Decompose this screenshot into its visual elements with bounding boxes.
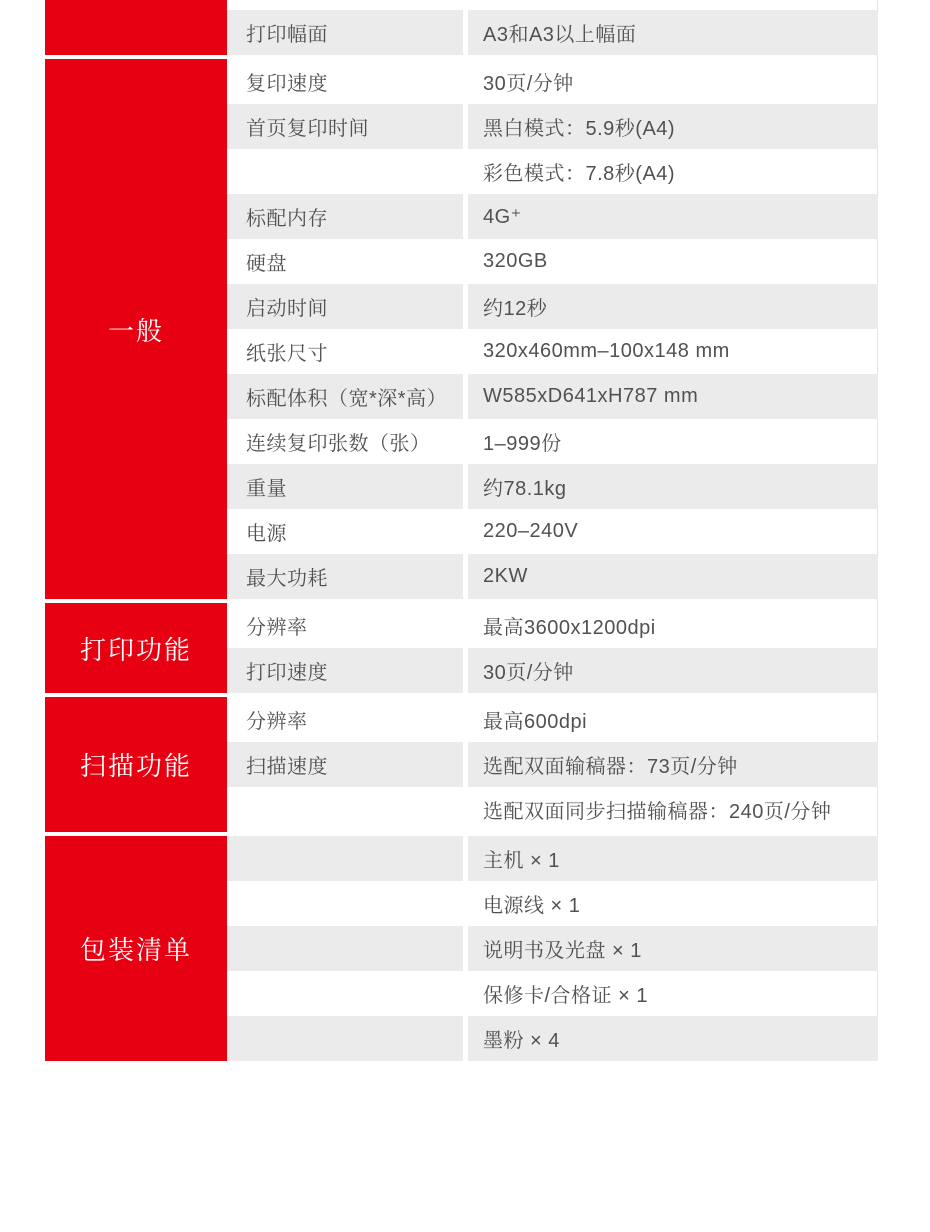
spec-row: 电源220–240V — [227, 509, 878, 554]
spec-value-cell: 黑白模式：5.9秒(A4) — [468, 104, 878, 149]
spec-name-cell: 复印速度 — [227, 59, 463, 104]
spec-row: 连续复印张数（张）1–999份 — [227, 419, 878, 464]
section-label: 包装清单 — [45, 836, 227, 1061]
spec-name-cell — [227, 149, 463, 194]
spec-value-cell: W585xD641xH787 mm — [468, 374, 878, 419]
spec-row: 硬盘320GB — [227, 239, 878, 284]
spec-name-cell — [227, 787, 463, 832]
spec-name-cell: 电源 — [227, 509, 463, 554]
spec-value-cell: 约12秒 — [468, 284, 878, 329]
spec-name-cell: 扫描速度 — [227, 742, 463, 787]
spec-row: 打印幅面A3和A3以上幅面 — [227, 10, 878, 55]
spec-value-cell: 30页/分钟 — [468, 59, 878, 104]
spec-name-cell — [227, 926, 463, 971]
spec-value-cell: 30页/分钟 — [468, 648, 878, 693]
spec-row: 纸张尺寸320x460mm–100x148 mm — [227, 329, 878, 374]
spec-row: 首页复印时间黑白模式：5.9秒(A4) — [227, 104, 878, 149]
spec-name-cell: 最大功耗 — [227, 554, 463, 599]
spec-name-cell: 重量 — [227, 464, 463, 509]
spec-value-cell: 保修卡/合格证 × 1 — [468, 971, 878, 1016]
spec-row: 最大功耗2KW — [227, 554, 878, 599]
spec-value-cell: 最高3600x1200dpi — [468, 603, 878, 648]
cutoff-row-spacer — [227, 0, 878, 10]
section-rows: 分辨率最高3600x1200dpi打印速度30页/分钟 — [227, 603, 878, 693]
spec-name-cell: 打印速度 — [227, 648, 463, 693]
spec-row: 启动时间约12秒 — [227, 284, 878, 329]
section-rows: 分辨率最高600dpi扫描速度选配双面输稿器：73页/分钟选配双面同步扫描输稿器… — [227, 697, 878, 832]
section-label: 扫描功能 — [45, 697, 227, 832]
spec-name-cell — [227, 1016, 463, 1061]
spec-value-cell: 主机 × 1 — [468, 836, 878, 881]
spec-row: 标配内存4G⁺ — [227, 194, 878, 239]
spec-row: 墨粉 × 4 — [227, 1016, 878, 1061]
product-spec-page: 打印幅面A3和A3以上幅面一般复印速度30页/分钟首页复印时间黑白模式：5.9秒… — [0, 0, 930, 1232]
spec-value-cell: 最高600dpi — [468, 697, 878, 742]
spec-value-cell: 说明书及光盘 × 1 — [468, 926, 878, 971]
spec-value-cell: 1–999份 — [468, 419, 878, 464]
spec-name-cell — [227, 836, 463, 881]
spec-value-cell: 电源线 × 1 — [468, 881, 878, 926]
section-scan-function: 扫描功能分辨率最高600dpi扫描速度选配双面输稿器：73页/分钟选配双面同步扫… — [45, 697, 877, 832]
section-label — [45, 0, 227, 55]
spec-value-cell: 220–240V — [468, 509, 878, 554]
section-label: 打印功能 — [45, 603, 227, 693]
spec-row: 选配双面同步扫描输稿器：240页/分钟 — [227, 787, 878, 832]
spec-row: 彩色模式：7.8秒(A4) — [227, 149, 878, 194]
spec-name-cell — [227, 881, 463, 926]
spec-value-cell: 墨粉 × 4 — [468, 1016, 878, 1061]
spec-name-cell: 分辨率 — [227, 697, 463, 742]
spec-row: 电源线 × 1 — [227, 881, 878, 926]
spec-row: 扫描速度选配双面输稿器：73页/分钟 — [227, 742, 878, 787]
spec-name-cell: 纸张尺寸 — [227, 329, 463, 374]
spec-row: 标配体积（宽*深*高）W585xD641xH787 mm — [227, 374, 878, 419]
spec-row: 保修卡/合格证 × 1 — [227, 971, 878, 1016]
spec-value-cell: 320GB — [468, 239, 878, 284]
spec-name-cell: 连续复印张数（张） — [227, 419, 463, 464]
spec-name-cell: 启动时间 — [227, 284, 463, 329]
spec-name-cell: 首页复印时间 — [227, 104, 463, 149]
spec-row: 复印速度30页/分钟 — [227, 59, 878, 104]
spec-name-cell — [227, 971, 463, 1016]
section-rows: 主机 × 1电源线 × 1说明书及光盘 × 1保修卡/合格证 × 1墨粉 × 4 — [227, 836, 878, 1061]
section-print-function: 打印功能分辨率最高3600x1200dpi打印速度30页/分钟 — [45, 603, 877, 693]
spec-value-cell: 2KW — [468, 554, 878, 599]
spec-name-cell: 标配体积（宽*深*高） — [227, 374, 463, 419]
spec-row: 打印速度30页/分钟 — [227, 648, 878, 693]
spec-value-cell: 4G⁺ — [468, 194, 878, 239]
spec-value-cell: 320x460mm–100x148 mm — [468, 329, 878, 374]
section-rows: 打印幅面A3和A3以上幅面 — [227, 0, 878, 55]
spec-value-cell: 彩色模式：7.8秒(A4) — [468, 149, 878, 194]
spec-name-cell: 分辨率 — [227, 603, 463, 648]
spec-value-cell: A3和A3以上幅面 — [468, 10, 878, 55]
section-package-list: 包装清单主机 × 1电源线 × 1说明书及光盘 × 1保修卡/合格证 × 1墨粉… — [45, 836, 877, 1061]
spec-value-cell: 选配双面输稿器：73页/分钟 — [468, 742, 878, 787]
spec-row: 说明书及光盘 × 1 — [227, 926, 878, 971]
section-general: 一般复印速度30页/分钟首页复印时间黑白模式：5.9秒(A4)彩色模式：7.8秒… — [45, 59, 877, 599]
section-previous-section-partial: 打印幅面A3和A3以上幅面 — [45, 0, 877, 55]
spec-table: 打印幅面A3和A3以上幅面一般复印速度30页/分钟首页复印时间黑白模式：5.9秒… — [45, 0, 878, 1061]
section-label: 一般 — [45, 59, 227, 599]
spec-value-cell: 选配双面同步扫描输稿器：240页/分钟 — [468, 787, 878, 832]
spec-row: 分辨率最高600dpi — [227, 697, 878, 742]
spec-row: 重量约78.1kg — [227, 464, 878, 509]
spec-row: 分辨率最高3600x1200dpi — [227, 603, 878, 648]
section-rows: 复印速度30页/分钟首页复印时间黑白模式：5.9秒(A4)彩色模式：7.8秒(A… — [227, 59, 878, 599]
spec-value-cell: 约78.1kg — [468, 464, 878, 509]
spec-name-cell: 打印幅面 — [227, 10, 463, 55]
spec-row: 主机 × 1 — [227, 836, 878, 881]
spec-name-cell: 硬盘 — [227, 239, 463, 284]
spec-name-cell: 标配内存 — [227, 194, 463, 239]
